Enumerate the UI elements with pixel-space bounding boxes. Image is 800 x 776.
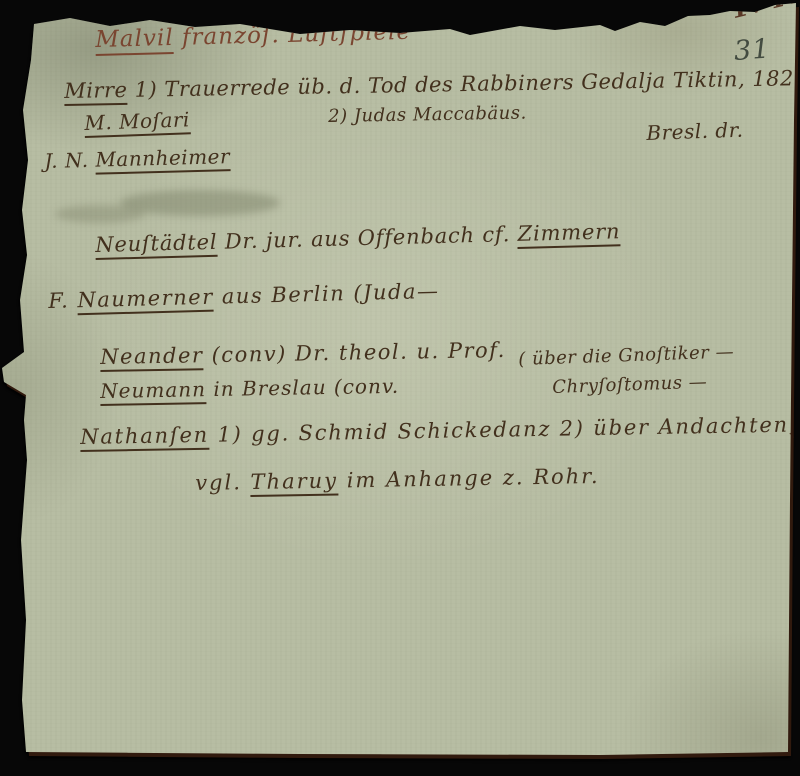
line-segment: Neander	[100, 343, 204, 372]
line-bresl-dr: Bresl. dr.	[646, 119, 744, 144]
line-segment: Zimmern	[517, 219, 620, 249]
line-segment: 1) gg. Schmid Schickedanz 2) über Andach…	[209, 412, 798, 446]
line-naumerner: F. Naumerner aus Berlin (Juda—	[48, 280, 440, 313]
line-tharuy: vgl. Tharuy im Anhange z. Rohr.	[195, 465, 600, 495]
line-segment: Naumerner	[77, 285, 214, 316]
line-segment: Mirre	[64, 78, 128, 106]
line-segment: vgl.	[195, 470, 251, 495]
line-neumann: Neumann in Breslau (conv.	[100, 375, 399, 402]
line-nathansen: Nathanſen 1) gg. Schmid Schickedanz 2) ü…	[80, 413, 798, 449]
line-neander: Neander (conv) Dr. theol. u. Prof.	[100, 339, 506, 369]
line-mirre-trauerrede: Mirre 1) Trauerrede üb. d. Tod des Rabbi…	[64, 67, 800, 103]
line-segment: Neuſtädtel	[95, 230, 218, 260]
line-segment: Mannheimer	[95, 144, 230, 175]
line-segment: F.	[48, 288, 78, 313]
line-segment: 2) Judas Maccabäus.	[328, 103, 527, 127]
line-segment: aus Berlin (Juda—	[213, 279, 439, 309]
archive-number: 1747	[728, 0, 800, 24]
line-mosari: M. Moſari	[84, 108, 190, 134]
line-segment: Dr. jur. aus Offenbach cf.	[217, 222, 518, 254]
line-segment: im Anhange z. Rohr.	[338, 464, 600, 493]
line-judas-maccabaeus: 2) Judas Maccabäus.	[328, 104, 527, 127]
line-segment: 1) Trauerrede üb. d. Tod des Rabbiners G…	[127, 66, 800, 102]
manuscript-page: 1747 31 Malvil franzöſ. LuſtſpieleMirre …	[0, 0, 800, 776]
line-segment: Malvil	[95, 25, 174, 56]
line-segment: Chryſoſtomus —	[552, 372, 708, 398]
line-mannheimer: J. N. Mannheimer	[44, 145, 230, 172]
line-segment: M. Moſari	[84, 107, 190, 138]
line-segment: J. N.	[44, 148, 96, 173]
line-segment: Neumann	[100, 377, 206, 406]
ink-smudge	[55, 205, 145, 223]
scanned-document-scene: 1747 31 Malvil franzöſ. LuſtſpieleMirre …	[0, 0, 800, 776]
paper-shadow-wrapper: 1747 31 Malvil franzöſ. LuſtſpieleMirre …	[0, 0, 800, 776]
line-malvil: Malvil franzöſ. Luſtſpiele	[95, 20, 411, 54]
line-segment: (conv) Dr. theol. u. Prof.	[203, 338, 506, 367]
line-chrysostomus: Chryſoſtomus —	[552, 373, 708, 398]
line-segment: franzöſ. Luſtſpiele	[173, 19, 411, 51]
ink-smudge	[120, 190, 280, 216]
line-segment: Tharuy	[250, 469, 338, 498]
line-segment: in Breslau (conv.	[206, 374, 400, 401]
line-gnostiker: ( über die Gnoſtiker —	[518, 342, 734, 369]
line-segment: Bresl. dr.	[646, 118, 744, 145]
line-segment: Nathanſen	[80, 423, 209, 452]
page-number: 31	[733, 33, 771, 66]
line-segment: ( über die Gnoſtiker —	[518, 341, 734, 370]
line-neustaedtel: Neuſtädtel Dr. jur. aus Offenbach cf. Zi…	[95, 220, 621, 257]
